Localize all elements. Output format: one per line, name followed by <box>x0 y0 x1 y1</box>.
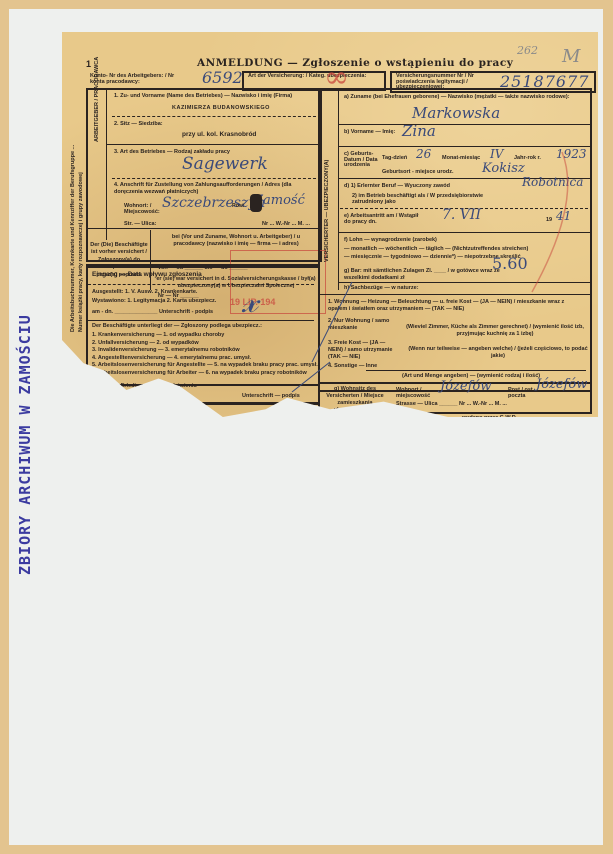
registration-form: Die Arbeitsbuchnummer, Kennkarte und Ken… <box>62 32 598 417</box>
archive-stamp: ZBIORY ARCHIWUM W ZAMOŚCIU <box>16 314 34 575</box>
pen-strokes <box>62 32 598 417</box>
